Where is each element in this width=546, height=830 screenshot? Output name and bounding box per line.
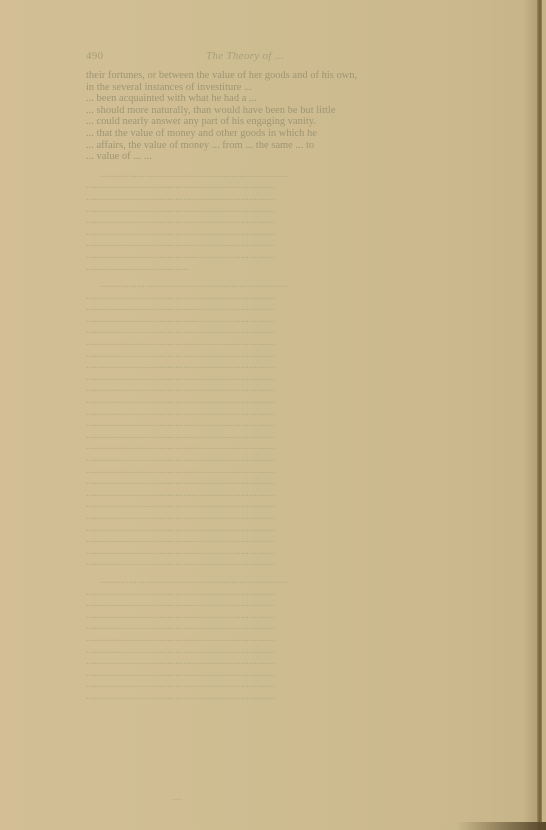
text-line: ........................................… (86, 337, 498, 349)
text-line: ........................................… (86, 180, 498, 192)
text-line: ... should more naturally, than would ha… (86, 105, 498, 117)
text-line: ........................................… (86, 691, 498, 703)
text-line: ....................................... (86, 262, 498, 274)
text-line: ........................................… (86, 314, 498, 326)
text-line: ........................................… (86, 453, 498, 465)
text-line: ........................................… (86, 488, 498, 500)
text-line: ........................................… (86, 587, 498, 599)
text-line: ........................................… (86, 204, 498, 216)
text-line: ........................................… (86, 633, 498, 645)
text-line: ........................................… (86, 407, 498, 419)
text-line: ........................................… (86, 575, 498, 587)
running-title: The Theory of ... (206, 50, 284, 62)
paragraph: their fortunes, or between the value of … (86, 70, 498, 163)
text-line: ........................................… (86, 418, 498, 430)
text-line: ........................................… (86, 511, 498, 523)
text-line: ........................................… (86, 238, 498, 250)
running-header: 490 The Theory of ... (86, 50, 496, 64)
text-line: ........................................… (86, 325, 498, 337)
text-line: ........................................… (86, 621, 498, 633)
text-line: ........................................… (86, 227, 498, 239)
text-line: ........................................… (86, 610, 498, 622)
text-line: ........................................… (86, 279, 498, 291)
text-line: their fortunes, or between the value of … (86, 70, 498, 82)
text-line: ........................................… (86, 499, 498, 511)
text-line: ........................................… (86, 441, 498, 453)
text-line: ........................................… (86, 645, 498, 657)
text-line: ........................................… (86, 430, 498, 442)
book-page: 490 The Theory of ... their fortunes, or… (0, 0, 546, 830)
text-line: ... value of ... ... (86, 151, 498, 163)
text-line: ........................................… (86, 598, 498, 610)
text-line: ... that the value of money and other go… (86, 128, 498, 140)
paragraph: ........................................… (86, 169, 498, 273)
text-line: ........................................… (86, 383, 498, 395)
text-line: ........................................… (86, 465, 498, 477)
text-line: ........................................… (86, 679, 498, 691)
text-line: ........................................… (86, 360, 498, 372)
text-line: ........................................… (86, 557, 498, 569)
text-line: in the several instances of investiture … (86, 82, 498, 94)
paragraph: ........................................… (86, 279, 498, 569)
text-line: ........................................… (86, 291, 498, 303)
body-text: their fortunes, or between the value of … (86, 70, 498, 702)
text-line: ........................................… (86, 302, 498, 314)
text-line: ........................................… (86, 349, 498, 361)
text-line: ... affairs, the value of money ... from… (86, 140, 498, 152)
text-line: ........................................… (86, 476, 498, 488)
text-line: ... been acquainted with what he had a .… (86, 93, 498, 105)
paragraph: ........................................… (86, 575, 498, 703)
footer-mark: — (172, 794, 182, 805)
text-line: ........................................… (86, 250, 498, 262)
text-line: ........................................… (86, 192, 498, 204)
page-corner-shadow (456, 822, 546, 830)
text-line: ........................................… (86, 523, 498, 535)
text-line: ........................................… (86, 546, 498, 558)
book-edge (537, 0, 542, 830)
text-line: ... could nearly answer any part of his … (86, 116, 498, 128)
text-line: ........................................… (86, 534, 498, 546)
text-line: ........................................… (86, 215, 498, 227)
text-line: ........................................… (86, 395, 498, 407)
page-edge-shadow (523, 0, 537, 830)
text-line: ........................................… (86, 169, 498, 181)
text-line: ........................................… (86, 656, 498, 668)
text-line: ........................................… (86, 668, 498, 680)
page-number: 490 (86, 50, 103, 62)
text-line: ........................................… (86, 372, 498, 384)
